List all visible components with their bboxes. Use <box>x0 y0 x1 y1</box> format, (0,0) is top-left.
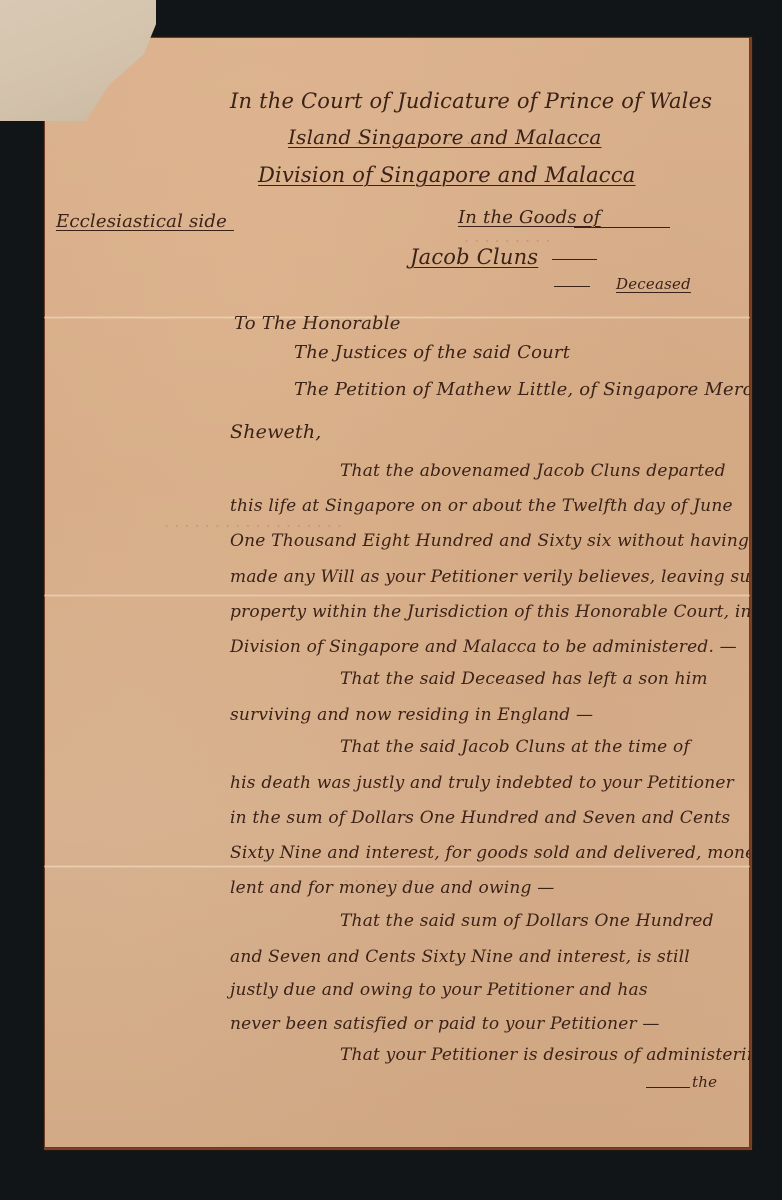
body-line: That the abovenamed Jacob Cluns departed <box>340 461 726 481</box>
body-line: never been satisfied or paid to your Pet… <box>230 1014 660 1034</box>
ecclesiastical-side-label: Ecclesiastical side <box>56 211 227 232</box>
court-heading-line-1: In the Court of Judicature of Prince of … <box>230 89 712 113</box>
manuscript-page: . . . . . . . . . . . . . . . . . . . . … <box>44 37 752 1150</box>
body-line: That the said Deceased has left a son hi… <box>340 669 708 689</box>
fold-line <box>44 594 750 597</box>
body-line: justly due and owing to your Petitioner … <box>230 980 648 1000</box>
body-line: in the sum of Dollars One Hundred and Se… <box>230 808 730 828</box>
address-petition: The Petition of Mathew Little, of Singap… <box>294 379 752 400</box>
body-line: That the said Jacob Cluns at the time of <box>340 737 690 757</box>
body-line: Division of Singapore and Malacca to be … <box>230 637 737 657</box>
court-heading-line-3: Division of Singapore and Malacca <box>258 163 635 187</box>
body-line: surviving and now residing in England — <box>230 705 593 725</box>
document-viewer: . . . . . . . . . . . . . . . . . . . . … <box>0 0 782 1200</box>
rule-line <box>552 259 597 260</box>
deceased-label: Deceased <box>616 275 691 293</box>
showeth: Sheweth, <box>230 421 322 443</box>
body-line: and Seven and Cents Sixty Nine and inter… <box>230 947 690 967</box>
bleed-through-text: . . . . . . . . . <box>464 227 550 246</box>
body-line: property within the Jurisdiction of this… <box>230 602 752 622</box>
body-line: That your Petitioner is desirous of admi… <box>340 1045 752 1065</box>
catchword: the <box>692 1073 717 1091</box>
body-line: lent and for money due and owing — <box>230 878 554 898</box>
body-line: One Thousand Eight Hundred and Sixty six… <box>230 531 749 551</box>
address-to: To The Honorable <box>234 313 401 334</box>
deceased-name: Jacob Cluns <box>410 245 538 269</box>
body-line: this life at Singapore on or about the T… <box>230 496 733 516</box>
in-the-goods-of: In the Goods of <box>458 207 601 228</box>
rule-line <box>574 227 670 228</box>
address-justices: The Justices of the said Court <box>294 342 570 363</box>
rule-line <box>204 230 234 231</box>
rule-line <box>646 1087 690 1088</box>
rule-line <box>554 286 590 287</box>
body-line: That the said sum of Dollars One Hundred <box>340 911 714 931</box>
body-line: his death was justly and truly indebted … <box>230 773 734 793</box>
court-heading-line-2: Island Singapore and Malacca <box>288 125 601 149</box>
body-line: made any Will as your Petitioner verily … <box>230 567 752 587</box>
body-line: Sixty Nine and interest, for goods sold … <box>230 843 752 863</box>
